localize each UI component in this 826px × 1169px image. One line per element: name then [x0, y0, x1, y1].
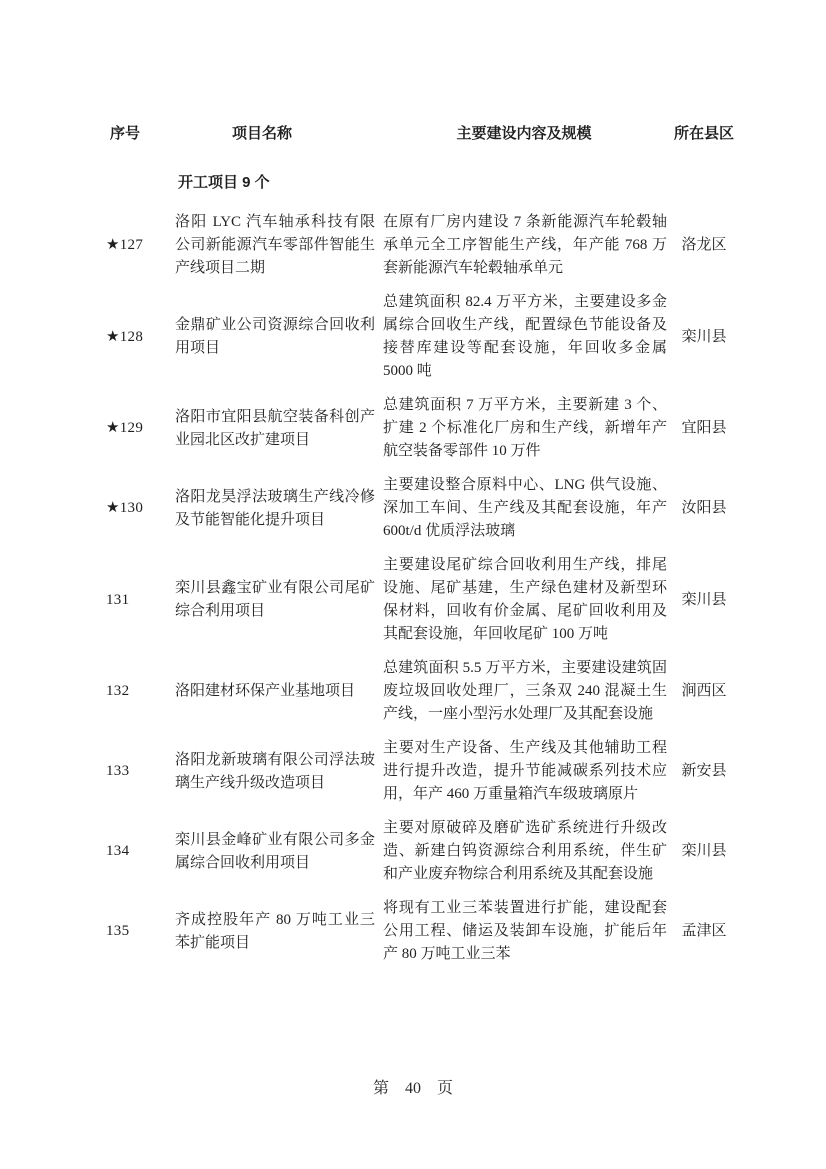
- key-project-star-icon: ★: [106, 420, 120, 436]
- project-name-cell: 栾川县鑫宝矿业有限公司尾矿综合利用项目: [172, 549, 380, 652]
- document-page: 序号 项目名称 主要建设内容及规模 所在县区 开工项目 9 个 ★127 洛阳 …: [0, 0, 826, 1169]
- project-content-cell: 主要对生产设备、生产线及其他辅助工程进行提升改造，提升节能减碳系列技术应用，年产…: [380, 732, 668, 812]
- project-number-cell: 135: [100, 892, 172, 972]
- project-district-cell: 栾川县: [668, 812, 740, 892]
- project-name-cell: 栾川县金峰矿业有限公司多金属综合回收利用项目: [172, 812, 380, 892]
- project-name-cell: 洛阳龙昊浮法玻璃生产线冷修及节能智能化提升项目: [172, 469, 380, 549]
- project-number: 135: [106, 923, 129, 939]
- project-content-cell: 总建筑面积 82.4 万平方米，主要建设多金属综合回收生产线，配置绿色节能设备及…: [380, 286, 668, 389]
- table-row: ★128 金鼎矿业公司资源综合回收利用项目 总建筑面积 82.4 万平方米，主要…: [100, 286, 740, 389]
- project-district-cell: 涧西区: [668, 652, 740, 732]
- projects-table: 序号 项目名称 主要建设内容及规模 所在县区 开工项目 9 个 ★127 洛阳 …: [100, 122, 740, 972]
- table-header-row: 序号 项目名称 主要建设内容及规模 所在县区: [100, 122, 740, 145]
- project-district-cell: 洛龙区: [668, 206, 740, 286]
- key-project-star-icon: ★: [106, 500, 120, 516]
- project-name-cell: 洛阳 LYC 汽车轴承科技有限公司新能源汽车零部件智能生产线项目二期: [172, 206, 380, 286]
- project-content-cell: 在原有厂房内建设 7 条新能源汽车轮毂轴承单元全工序智能生产线，年产能 768 …: [380, 206, 668, 286]
- project-number: 133: [106, 763, 129, 779]
- page-number: 第 40 页: [0, 1080, 826, 1098]
- table-row: ★127 洛阳 LYC 汽车轴承科技有限公司新能源汽车零部件智能生产线项目二期 …: [100, 206, 740, 286]
- project-name-cell: 齐成控股年产 80 万吨工业三苯扩能项目: [172, 892, 380, 972]
- project-district-cell: 孟津区: [668, 892, 740, 972]
- project-number: 134: [106, 843, 129, 859]
- project-number-cell: 131: [100, 549, 172, 652]
- section-title: 开工项目 9 个: [100, 145, 740, 206]
- project-number: 129: [120, 420, 143, 436]
- project-content-cell: 将现有工业三苯装置进行扩能，建设配套公用工程、储运及装卸车设施，扩能后年产 80…: [380, 892, 668, 972]
- section-title-row: 开工项目 9 个: [100, 145, 740, 206]
- column-header-district: 所在县区: [668, 122, 740, 145]
- project-number: 130: [120, 500, 143, 516]
- project-name-cell: 洛阳建材环保产业基地项目: [172, 652, 380, 732]
- project-number: 131: [106, 592, 129, 608]
- table-row: 131 栾川县鑫宝矿业有限公司尾矿综合利用项目 主要建设尾矿综合回收利用生产线，…: [100, 549, 740, 652]
- column-header-content: 主要建设内容及规模: [380, 122, 668, 145]
- project-number-cell: ★129: [100, 389, 172, 469]
- project-district-cell: 新安县: [668, 732, 740, 812]
- project-number-cell: ★127: [100, 206, 172, 286]
- column-header-seq: 序号: [100, 122, 172, 145]
- project-district-cell: 栾川县: [668, 549, 740, 652]
- project-number-cell: 132: [100, 652, 172, 732]
- project-number-cell: 134: [100, 812, 172, 892]
- project-number-cell: 133: [100, 732, 172, 812]
- table-row: 134 栾川县金峰矿业有限公司多金属综合回收利用项目 主要对原破碎及磨矿选矿系统…: [100, 812, 740, 892]
- project-content-cell: 总建筑面积 7 万平方米，主要新建 3 个、扩建 2 个标准化厂房和生产线，新增…: [380, 389, 668, 469]
- project-district-cell: 宜阳县: [668, 389, 740, 469]
- project-number: 128: [120, 329, 143, 345]
- project-content-cell: 主要对原破碎及磨矿选矿系统进行升级改造、新建白钨资源综合利用系统，伴生矿和产业废…: [380, 812, 668, 892]
- table-row: 133 洛阳龙新玻璃有限公司浮法玻璃生产线升级改造项目 主要对生产设备、生产线及…: [100, 732, 740, 812]
- project-name-cell: 洛阳龙新玻璃有限公司浮法玻璃生产线升级改造项目: [172, 732, 380, 812]
- key-project-star-icon: ★: [106, 329, 120, 345]
- table-row: 135 齐成控股年产 80 万吨工业三苯扩能项目 将现有工业三苯装置进行扩能，建…: [100, 892, 740, 972]
- table-row: 132 洛阳建材环保产业基地项目 总建筑面积 5.5 万平方米，主要建设建筑固废…: [100, 652, 740, 732]
- project-district-cell: 栾川县: [668, 286, 740, 389]
- project-content-cell: 主要建设尾矿综合回收利用生产线，排尾设施、尾矿基建，生产绿色建材及新型环保材料，…: [380, 549, 668, 652]
- project-name-cell: 金鼎矿业公司资源综合回收利用项目: [172, 286, 380, 389]
- table-row: ★129 洛阳市宜阳县航空装备科创产业园北区改扩建项目 总建筑面积 7 万平方米…: [100, 389, 740, 469]
- project-name-cell: 洛阳市宜阳县航空装备科创产业园北区改扩建项目: [172, 389, 380, 469]
- column-header-name: 项目名称: [172, 122, 380, 145]
- project-content-cell: 总建筑面积 5.5 万平方米，主要建设建筑固废垃圾回收处理厂，三条双 240 混…: [380, 652, 668, 732]
- key-project-star-icon: ★: [106, 237, 120, 253]
- project-district-cell: 汝阳县: [668, 469, 740, 549]
- project-number-cell: ★130: [100, 469, 172, 549]
- project-number: 132: [106, 683, 129, 699]
- project-number: 127: [120, 237, 143, 253]
- project-content-cell: 主要建设整合原料中心、LNG 供气设施、深加工车间、生产线及其配套设施，年产 6…: [380, 469, 668, 549]
- table-row: ★130 洛阳龙昊浮法玻璃生产线冷修及节能智能化提升项目 主要建设整合原料中心、…: [100, 469, 740, 549]
- project-number-cell: ★128: [100, 286, 172, 389]
